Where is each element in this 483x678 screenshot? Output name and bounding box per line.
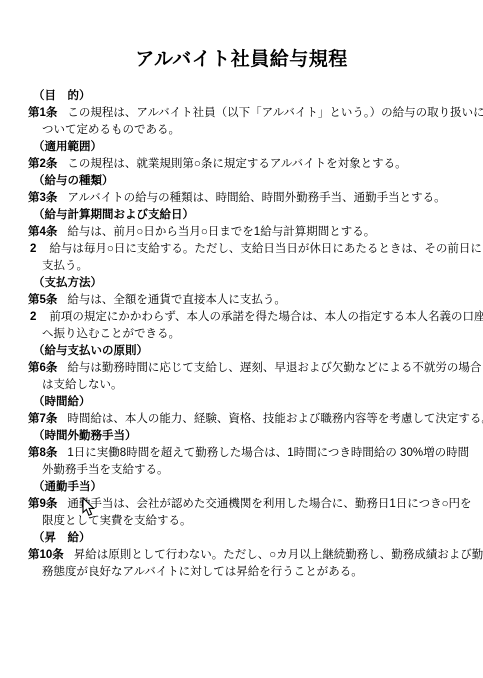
article-line: 第8条1日に実働8時間を超えて勤務した場合は、1時間につき時間給の 30%増の時… <box>0 445 483 462</box>
article-number: 第7条 <box>28 413 57 425</box>
section-heading: （給与計算期間および支給日） <box>0 207 483 224</box>
article-number: 第3条 <box>28 192 57 204</box>
section-heading: （昇 給） <box>0 530 483 547</box>
article-number: 第1条 <box>28 107 57 119</box>
article-number: 第5条 <box>28 294 57 306</box>
article-line: 第10条昇給は原則として行わない。ただし、○カ月以上継続勤務し、勤務成績および勤 <box>0 547 483 564</box>
continuation-line: 務態度が良好なアルバイトに対しては昇給を行うことがある。 <box>0 564 483 581</box>
line-text: 給与は毎月○日に支給する。ただし、支給日当日が休日にあたるときは、その前日に <box>49 243 481 255</box>
line-text: この規程は、アルバイト社員（以下「アルバイト」という。）の給与の取り扱いに <box>67 107 483 119</box>
article-number: 第10条 <box>28 549 64 561</box>
article-number: 第8条 <box>28 447 57 459</box>
document-page: アルバイト社員給与規程 （目 的）第1条この規程は、アルバイト社員（以下「アルバ… <box>0 0 483 678</box>
paragraph-line: 2給与は毎月○日に支給する。ただし、支給日当日が休日にあたるときは、その前日に <box>0 241 483 258</box>
paragraph-number: 2 <box>30 243 36 255</box>
article-line: 第3条アルバイトの給与の種類は、時間給、時間外勤務手当、通勤手当とする。 <box>0 190 483 207</box>
article-line: 第4条給与は、前月○日から当月○日までを1給与計算期間とする。 <box>0 224 483 241</box>
article-line: 第2条この規程は、就業規則第○条に規定するアルバイトを対象とする。 <box>0 156 483 173</box>
section-heading: （時間給） <box>0 394 483 411</box>
continuation-line: は支給しない。 <box>0 377 483 394</box>
line-text: 時間給は、本人の能力、経験、資格、技能および職務内容等を考慮して決定する。 <box>67 413 483 425</box>
section-heading: （支払方法） <box>0 275 483 292</box>
paragraph-number: 2 <box>30 311 36 323</box>
article-number: 第6条 <box>28 362 57 374</box>
line-text: 給与は勤務時間に応じて支給し、遅刻、早退および欠勤などによる不就労の場合 <box>67 362 481 374</box>
continuation-line: 支払う。 <box>0 258 483 275</box>
paragraph-line: 2前項の規定にかかわらず、本人の承諾を得た場合は、本人の指定する本人名義の口座 <box>0 309 483 326</box>
line-text: 給与は、前月○日から当月○日までを1給与計算期間とする。 <box>67 226 375 238</box>
article-line: 第6条給与は勤務時間に応じて支給し、遅刻、早退および欠勤などによる不就労の場合 <box>0 360 483 377</box>
section-heading: （適用範囲） <box>0 139 483 156</box>
line-text: この規程は、就業規則第○条に規定するアルバイトを対象とする。 <box>67 158 406 170</box>
line-text: 通勤手当は、会社が認めた交通機関を利用した場合に、勤務日1日につき○円を <box>67 498 471 510</box>
article-number: 第9条 <box>28 498 57 510</box>
article-line: 第5条給与は、全額を通貨で直接本人に支払う。 <box>0 292 483 309</box>
section-heading: （通勤手当） <box>0 479 483 496</box>
continuation-line: へ振り込むことができる。 <box>0 326 483 343</box>
document-title: アルバイト社員給与規程 <box>0 44 483 71</box>
article-number: 第2条 <box>28 158 57 170</box>
section-heading: （給与支払いの原則） <box>0 343 483 360</box>
section-heading: （時間外勤務手当） <box>0 428 483 445</box>
section-heading: （給与の種類） <box>0 173 483 190</box>
line-text: 給与は、全額を通貨で直接本人に支払う。 <box>67 294 286 306</box>
document-body: （目 的）第1条この規程は、アルバイト社員（以下「アルバイト」という。）の給与の… <box>0 88 483 581</box>
continuation-line: ついて定めるものである。 <box>0 122 483 139</box>
continuation-line: 外勤務手当を支給する。 <box>0 462 483 479</box>
line-text: 前項の規定にかかわらず、本人の承諾を得た場合は、本人の指定する本人名義の口座 <box>49 311 483 323</box>
article-line: 第9条通勤手当は、会社が認めた交通機関を利用した場合に、勤務日1日につき○円を <box>0 496 483 513</box>
section-heading: （目 的） <box>0 88 483 105</box>
continuation-line: 限度として実費を支給する。 <box>0 513 483 530</box>
line-text: 1日に実働8時間を超えて勤務した場合は、1時間につき時間給の 30%増の時間 <box>67 447 469 459</box>
article-line: 第1条この規程は、アルバイト社員（以下「アルバイト」という。）の給与の取り扱いに <box>0 105 483 122</box>
article-line: 第7条時間給は、本人の能力、経験、資格、技能および職務内容等を考慮して決定する。 <box>0 411 483 428</box>
line-text: アルバイトの給与の種類は、時間給、時間外勤務手当、通勤手当とする。 <box>67 192 445 204</box>
line-text: 昇給は原則として行わない。ただし、○カ月以上継続勤務し、勤務成績および勤 <box>74 549 483 561</box>
article-number: 第4条 <box>28 226 57 238</box>
